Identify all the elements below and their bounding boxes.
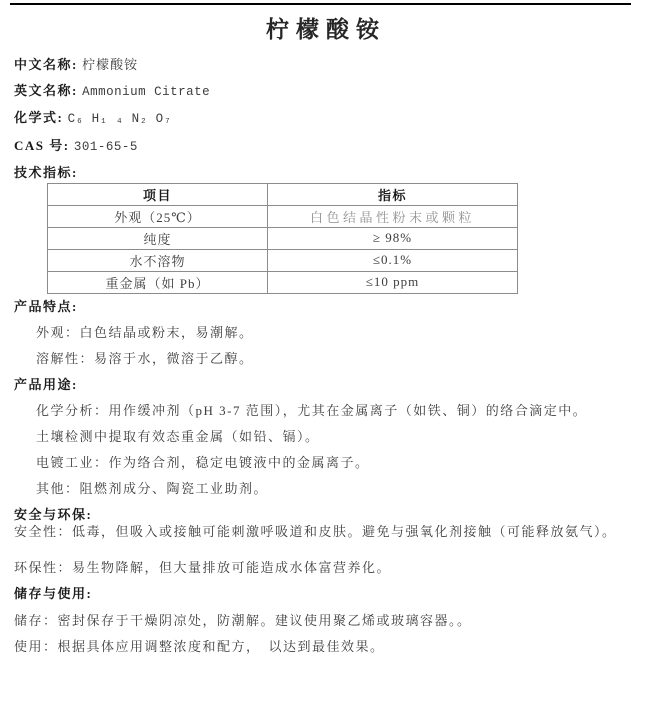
info-line-cas: CAS 号: 301-65-5 xyxy=(14,133,652,161)
table-row: 重金属（如 Pb） ≤10 ppm xyxy=(48,271,518,293)
section-line: 溶解性：易溶于水，微溶于乙醇。 xyxy=(36,346,652,372)
section-line: 环保性：易生物降解，但大量排放可能造成水体富营养化。 xyxy=(14,555,652,581)
field-label: 中文名称: xyxy=(14,57,78,72)
table-cell-spec: 白色结晶性粉末或颗粒 xyxy=(268,205,518,227)
info-block: 中文名称: 柠檬酸铵 英文名称: Ammonium Citrate 化学式: C… xyxy=(14,52,652,186)
table-header-row: 项目 指标 xyxy=(48,183,518,205)
field-value: 301-65-5 xyxy=(74,140,138,154)
table-cell-spec: ≥ 98% xyxy=(268,227,518,249)
field-label: 英文名称: xyxy=(14,83,78,98)
info-line-chinese-name: 中文名称: 柠檬酸铵 xyxy=(14,52,652,78)
section-heading-uses: 产品用途: xyxy=(14,372,652,398)
info-line-formula: 化学式: C₆ H₁ ₄ N₂ O₇ xyxy=(14,105,652,133)
section-line: 土壤检测中提取有效态重金属（如铅、镉）。 xyxy=(36,424,652,450)
table-cell-item: 重金属（如 Pb） xyxy=(48,271,268,293)
column-header-spec: 指标 xyxy=(268,183,518,205)
section-line: 电镀工业：作为络合剂，稳定电镀液中的金属离子。 xyxy=(36,450,652,476)
section-line: 安全性：低毒，但吸入或接触可能刺激呼吸道和皮肤。避免与强氧化剂接触（可能释放氨气… xyxy=(14,519,652,545)
field-value: Ammonium Citrate xyxy=(82,85,210,99)
section-line: 其他：阻燃剂成分、陶瓷工业助剂。 xyxy=(36,476,652,502)
sections-block: 产品特点: 外观：白色结晶或粉末，易潮解。 溶解性：易溶于水，微溶于乙醇。 产品… xyxy=(0,294,652,660)
table-cell-item: 纯度 xyxy=(48,227,268,249)
table-cell-item: 水不溶物 xyxy=(48,249,268,271)
field-value: C₆ H₁ ₄ N₂ O₇ xyxy=(68,112,172,126)
section-heading-storage: 储存与使用: xyxy=(14,581,652,607)
column-header-item: 项目 xyxy=(48,183,268,205)
section-line: 储存：密封保存于干燥阴凉处，防潮解。建议使用聚乙烯或玻璃容器。。 xyxy=(14,608,652,634)
document-page: 柠檬酸铵 中文名称: 柠檬酸铵 英文名称: Ammonium Citrate 化… xyxy=(0,0,652,727)
top-rule xyxy=(10,3,631,5)
section-line: 化学分析：用作缓冲剂（pH 3-7 范围），尤其在金属离子（如铁、铜）的络合滴定… xyxy=(36,398,652,424)
field-label: 化学式: xyxy=(14,110,63,125)
field-label: 技术指标: xyxy=(14,165,78,180)
section-line: 外观：白色结晶或粉末，易潮解。 xyxy=(36,320,652,346)
section-heading-features: 产品特点: xyxy=(14,294,652,320)
info-line-english-name: 英文名称: Ammonium Citrate xyxy=(14,78,652,106)
table-cell-item: 外观（25℃） xyxy=(48,205,268,227)
table-row: 外观（25℃） 白色结晶性粉末或颗粒 xyxy=(48,205,518,227)
section-line: 使用：根据具体应用调整浓度和配方， 以达到最佳效果。 xyxy=(14,634,652,660)
field-label: CAS 号: xyxy=(14,138,70,153)
spec-table: 项目 指标 外观（25℃） 白色结晶性粉末或颗粒 纯度 ≥ 98% 水不溶物 ≤… xyxy=(47,183,518,294)
table-row: 纯度 ≥ 98% xyxy=(48,227,518,249)
table-cell-spec: ≤0.1% xyxy=(268,249,518,271)
table-cell-spec: ≤10 ppm xyxy=(268,271,518,293)
field-value: 柠檬酸铵 xyxy=(82,57,138,72)
table-row: 水不溶物 ≤0.1% xyxy=(48,249,518,271)
page-title: 柠檬酸铵 xyxy=(0,0,652,44)
